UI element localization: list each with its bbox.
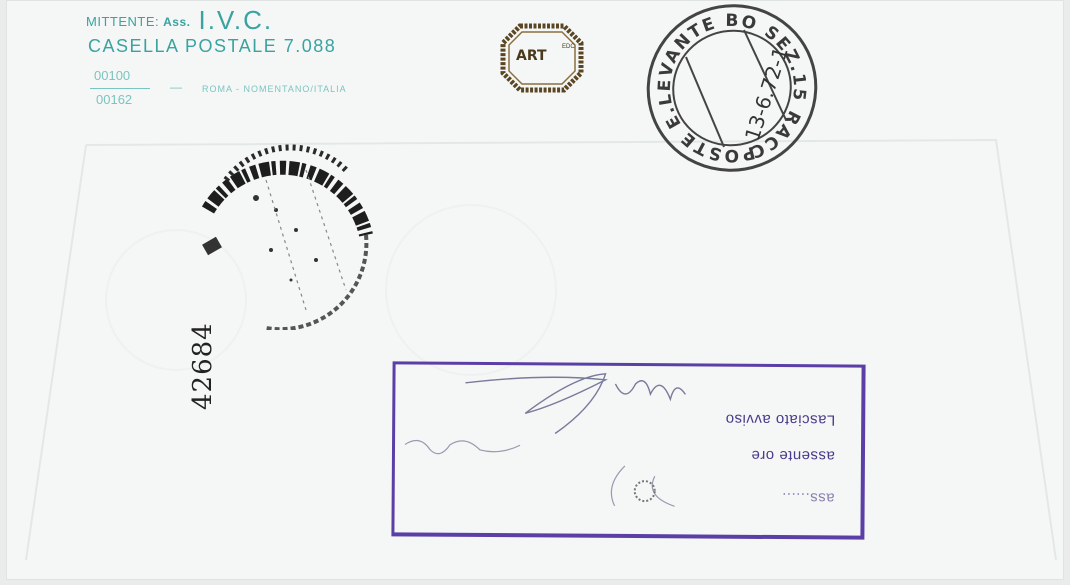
postal-code-divider [90,88,150,89]
notice-line-absent-hours: assente ore [751,447,835,465]
postal-code-top: 00100 [94,68,130,83]
sender-name: I.V.C. [198,5,273,35]
sender-label: MITTENTE: [86,14,159,29]
notice-box: Lasciato avviso assente ore ass...... [391,361,865,539]
art-stamp-small-text: EDC [562,43,568,51]
black-postmark [196,140,378,330]
postal-code-bottom: 00162 [96,92,132,107]
notice-line-left-notice: Lasciato avviso [725,411,835,429]
city-line: ROMA - NOMENTANO/ITALIA [202,84,347,94]
notice-line-faint: ass...... [782,489,835,506]
dash: — [170,80,182,94]
po-box: CASELLA POSTALE 7.088 [88,36,336,57]
envelope: MITTENTE:Ass.I.V.C. CASELLA POSTALE 7.08… [6,0,1064,580]
registration-number: 42684 [188,300,218,410]
art-stamp: ART EDC [500,23,584,93]
art-stamp-text: ART [516,48,547,64]
association-prefix: Ass. [163,15,190,29]
postmark: POSTE E.LEVANTE BO SEZ.15 RACC. 13-6.72-… [646,2,818,174]
